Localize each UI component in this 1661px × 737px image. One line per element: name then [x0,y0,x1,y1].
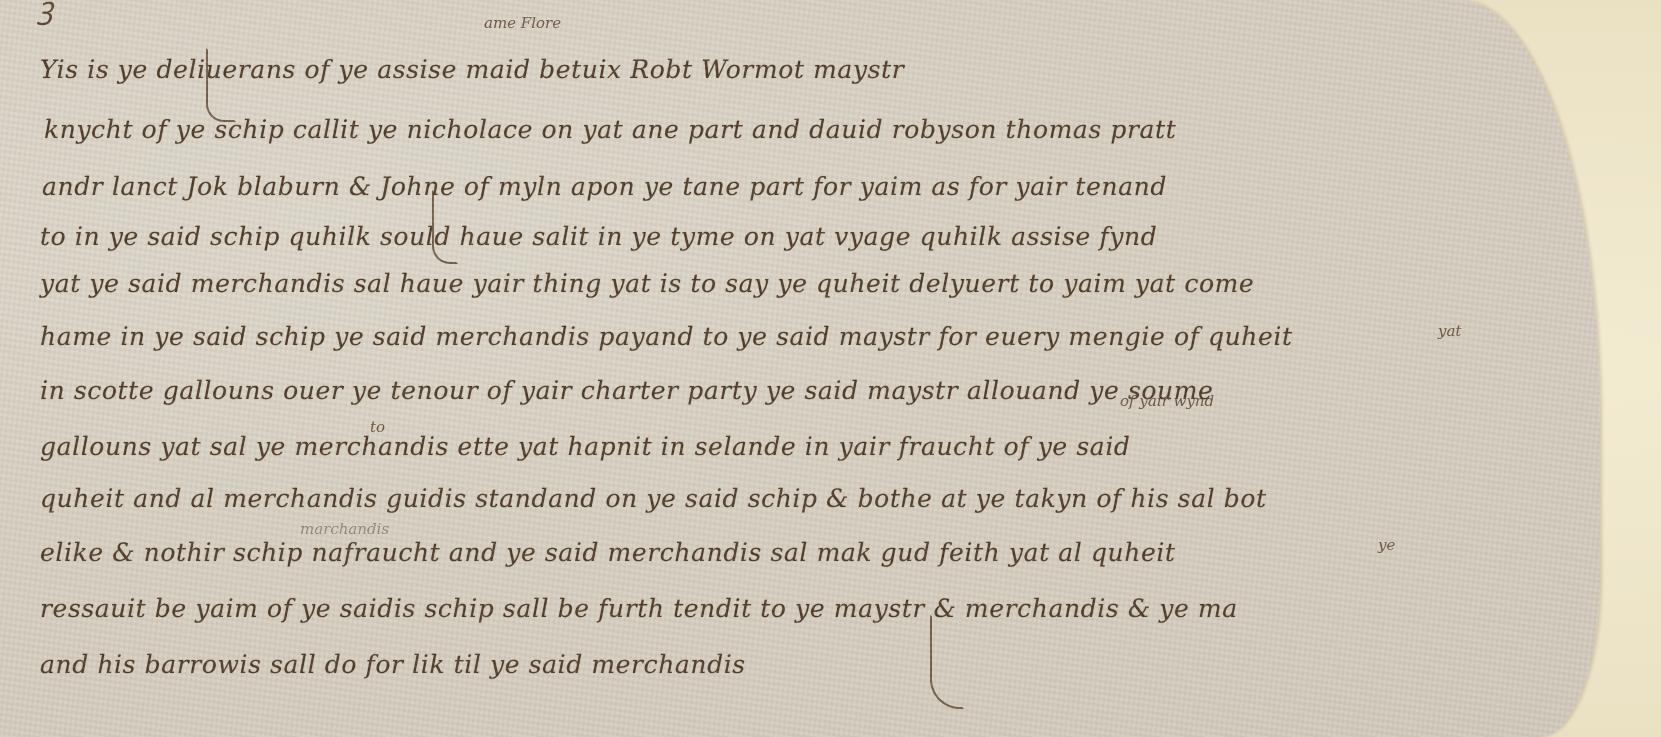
corner-mark: ꝫ [38,0,55,27]
ink-flourish [206,48,236,122]
parchment-page: ꝫ ame Flore Yis is ye deliuerans of ye a… [0,0,1600,737]
manuscript-line-8: gallouns yat sal ye merchandis ette yat … [40,432,1131,461]
manuscript-line-3: andr lanct Jok blaburn & Johne of myln a… [42,172,1167,201]
interlinear-note-5: to [370,418,385,436]
interlinear-note-3: marchandis [300,520,389,538]
manuscript-line-1: Yis is ye deliuerans of ye assise maid b… [40,55,904,84]
interlinear-note-4: yat [1438,322,1461,340]
manuscript-line-9: quheit and al merchandis guidis standand… [40,484,1267,513]
manuscript-line-7: in scotte gallouns ouer ye tenour of yai… [40,376,1213,405]
manuscript-line-4: to in ye said schip quhilk sould haue sa… [40,222,1157,251]
manuscript-line-12: and his barrowis sall do for lik til ye … [40,650,746,679]
interlinear-note-1: ame Flore [484,14,561,32]
manuscript-line-10: elike & nothir schip nafraucht and ye sa… [40,538,1176,567]
interlinear-note-2: of yair wynd [1120,392,1214,410]
manuscript-line-5: yat ye said merchandis sal haue yair thi… [40,269,1254,298]
ink-flourish [930,615,964,709]
interlinear-note-6: ye [1378,536,1395,554]
manuscript-line-11: ressauit be yaim of ye saidis schip sall… [40,594,1238,623]
ink-flourish [432,190,458,264]
manuscript-line-6: hame in ye said schip ye said merchandis… [40,322,1293,351]
